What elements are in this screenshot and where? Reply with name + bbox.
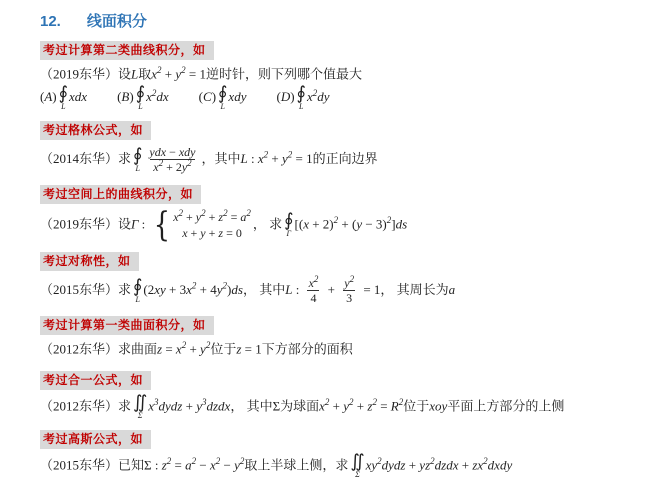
system-rows: x2 + y2 + z2 = a2x + y + z = 0 xyxy=(173,209,251,241)
math-text: + xyxy=(206,210,219,224)
math-text: 位于 xyxy=(210,342,236,357)
section-header: 考过对称性，如 xyxy=(40,252,139,271)
math-text: + xyxy=(354,398,368,413)
superscript: 2 xyxy=(187,158,192,168)
contour-integral-operator: ∮L xyxy=(59,86,68,110)
section-header: 考过空间上的曲线积分，如 xyxy=(40,185,201,204)
math-text: = 0 xyxy=(223,226,242,240)
math-variable: xy xyxy=(366,457,378,472)
integral-glyph: ∮ xyxy=(133,148,142,164)
section: 考过格林公式，如（2014东华）求∮Lydx − xdyx2 + 2y2，其中L… xyxy=(40,121,631,174)
answer-option: (C)∮Lxdy xyxy=(199,86,247,110)
math-text: + xyxy=(182,398,196,413)
fraction-denominator: 3 xyxy=(343,290,355,305)
section: 考过合一公式，如（2012东华）求∬Σx3dydz + y3dzdx， 其中Σ为… xyxy=(40,371,631,419)
math-variable: xdy xyxy=(179,145,196,159)
math-text: ， 求 xyxy=(253,217,282,232)
math-text: = xyxy=(377,398,391,413)
fraction: ydx − xdyx2 + 2y2 xyxy=(146,145,198,174)
math-text: − xyxy=(220,457,234,472)
math-text: （2019东华）设 xyxy=(40,67,131,82)
question-line: （2019东华）设Γ : {x2 + y2 + z2 = a2x + y + z… xyxy=(40,209,631,241)
math-text: 4 xyxy=(310,291,316,305)
math-text: ) xyxy=(52,89,56,104)
integral-subscript: L xyxy=(135,296,139,303)
math-variable: dy xyxy=(317,89,329,104)
question-line: （2015东华）求∮L(2xy + 3x2 + 4y2)ds， 其中L : x2… xyxy=(40,276,631,305)
question-line: （2012东华）求∬Σx3dydz + y3dzdx， 其中Σ为球面x2 + y… xyxy=(40,395,631,419)
surface-integral-operator: ∬Σ xyxy=(350,454,364,478)
integral-glyph: ∮ xyxy=(59,86,68,102)
math-text: + xyxy=(188,226,201,240)
page-title-number: 12. xyxy=(40,13,61,30)
integral-subscript: L xyxy=(61,103,65,110)
section: 考过空间上的曲线积分，如（2019东华）设Γ : {x2 + y2 + z2 =… xyxy=(40,185,631,241)
integral-subscript: Σ xyxy=(355,471,360,478)
integral-subscript: Γ xyxy=(287,230,292,237)
math-text: = xyxy=(228,210,241,224)
math-variable: L xyxy=(241,152,248,167)
math-text: = xyxy=(162,342,176,357)
options-row: (A)∮Lxdx(B)∮Lx2dx(C)∮Lxdy(D)∮Lx2dy xyxy=(40,86,631,110)
integral-glyph: ∮ xyxy=(218,86,227,102)
math-variable: dxdy xyxy=(488,457,513,472)
page-title: 12.线面积分 xyxy=(40,12,631,32)
fraction-numerator: y2 xyxy=(341,276,357,290)
section: 考过计算第二类曲线积分，如（2019东华）设L取x2 + y2 = 1逆时针，则… xyxy=(40,41,631,110)
math-text: ， 其中 xyxy=(243,283,285,298)
integral-glyph: ∮ xyxy=(284,213,293,229)
contour-integral-operator: ∮L xyxy=(136,86,145,110)
integral-glyph: ∮ xyxy=(133,279,142,295)
math-text: 位于 xyxy=(403,398,429,413)
contour-integral-operator: ∮L xyxy=(218,86,227,110)
math-variable: C xyxy=(203,89,212,104)
math-text: (2 xyxy=(143,283,154,298)
contour-integral-operator: ∮Γ xyxy=(284,213,293,237)
math-text: 3 xyxy=(346,291,352,305)
question-line: （2019东华）设L取x2 + y2 = 1逆时针，则下列哪个值最大 xyxy=(40,65,631,84)
question-line: （2014东华）求∮Lydx − xdyx2 + 2y2，其中L : x2 + … xyxy=(40,145,631,174)
math-text: （2012东华）求 xyxy=(40,398,131,413)
math-text: + ( xyxy=(338,217,356,232)
contour-integral-operator: ∮L xyxy=(133,279,142,303)
math-text: ) xyxy=(129,89,133,104)
math-text: ) xyxy=(290,89,294,104)
integral-glyph: ∮ xyxy=(297,86,306,102)
fraction-denominator: 4 xyxy=(307,290,319,305)
math-text: + 4 xyxy=(196,283,216,298)
math-variable: R xyxy=(391,398,399,413)
fraction-numerator: ydx − xdy xyxy=(146,145,198,159)
math-text: ) xyxy=(212,89,216,104)
math-text: − xyxy=(166,145,179,159)
section-header: 考过合一公式，如 xyxy=(40,371,151,390)
math-text: + xyxy=(458,457,472,472)
question-line: （2015东华）已知Σ : z2 = a2 − x2 − y2取上半球上侧，求∬… xyxy=(40,454,631,478)
math-text: + xyxy=(268,152,282,167)
math-text: + xyxy=(183,210,196,224)
math-variable: zx xyxy=(472,457,483,472)
system-row: x2 + y2 + z2 = a2 xyxy=(173,209,251,225)
math-text: （2012东华）求曲面 xyxy=(40,342,157,357)
math-text: : xyxy=(248,152,258,167)
math-text: + xyxy=(324,283,338,298)
math-text: + 3 xyxy=(166,283,186,298)
section-header: 考过计算第二类曲线积分，如 xyxy=(40,41,214,60)
math-variable: ds xyxy=(231,283,243,298)
answer-option: (D)∮Lx2dy xyxy=(276,86,329,110)
fraction: x24 xyxy=(306,276,322,305)
contour-integral-operator: ∮L xyxy=(297,86,306,110)
math-text: = 1， 其周长为 xyxy=(360,283,449,298)
integral-glyph: ∮ xyxy=(136,86,145,102)
section: 考过高斯公式，如（2015东华）已知Σ : z2 = a2 − x2 − y2取… xyxy=(40,430,631,478)
equation-system: {x2 + y2 + z2 = a2x + y + z = 0 xyxy=(151,209,251,241)
math-variable: dzdx xyxy=(435,457,459,472)
superscript: 2 xyxy=(350,274,355,284)
question-line: （2012东华）求曲面z = x2 + y2位于z = 1下方部分的面积 xyxy=(40,340,631,359)
math-text: = xyxy=(171,457,185,472)
page-title-text: 线面积分 xyxy=(87,13,147,30)
math-text: : xyxy=(292,283,302,298)
sections-container: 考过计算第二类曲线积分，如（2019东华）设L取x2 + y2 = 1逆时针，则… xyxy=(40,41,631,478)
math-text: 取上半球上侧，求 xyxy=(244,457,348,472)
math-text: + xyxy=(206,226,219,240)
math-text: ， 其中Σ为球面 xyxy=(230,398,319,413)
math-text: 平面上方部分的上侧 xyxy=(447,398,564,413)
section-header: 考过格林公式，如 xyxy=(40,121,151,140)
math-variable: dx xyxy=(156,89,168,104)
surface-integral-operator: ∬Σ xyxy=(133,395,147,419)
math-variable: xoy xyxy=(429,398,447,413)
math-text: = 1逆时针，则下列哪个值最大 xyxy=(186,67,362,82)
math-text: （2014东华）求 xyxy=(40,152,131,167)
answer-option: (B)∮Lx2dx xyxy=(117,86,169,110)
math-variable: ydx xyxy=(149,145,166,159)
integral-subscript: L xyxy=(221,103,225,110)
math-text: + xyxy=(186,342,200,357)
integral-glyph: ∬ xyxy=(133,395,147,411)
integral-subscript: L xyxy=(138,103,142,110)
math-text: : xyxy=(138,217,148,232)
system-row: x + y + z = 0 xyxy=(182,225,242,241)
math-text: （2015东华）已知Σ : xyxy=(40,457,162,472)
section: 考过计算第一类曲面积分，如（2012东华）求曲面z = x2 + y2位于z =… xyxy=(40,316,631,359)
math-variable: dzdx xyxy=(206,398,230,413)
math-text: − xyxy=(196,457,210,472)
math-text: （2019东华）设 xyxy=(40,217,131,232)
math-text: + 2 xyxy=(163,160,182,174)
math-text: + 2) xyxy=(309,217,334,232)
integral-subscript: L xyxy=(135,165,139,172)
math-variable: xdy xyxy=(228,89,246,104)
math-text: + xyxy=(329,398,343,413)
math-text: = 1下方部分的面积 xyxy=(241,342,352,357)
section: 考过对称性，如（2015东华）求∮L(2xy + 3x2 + 4y2)ds， 其… xyxy=(40,252,631,305)
math-variable: xdx xyxy=(69,89,87,104)
math-variable: dydz xyxy=(159,398,183,413)
answer-option: (A)∮Lxdx xyxy=(40,86,87,110)
math-text: + xyxy=(162,67,176,82)
superscript: 2 xyxy=(246,208,251,218)
fraction-numerator: x2 xyxy=(306,276,322,290)
superscript: 2 xyxy=(314,274,319,284)
math-text: = 1的正向边界 xyxy=(292,152,377,167)
contour-integral-operator: ∮L xyxy=(133,148,142,172)
document-page: 12.线面积分 考过计算第二类曲线积分，如（2019东华）设L取x2 + y2 … xyxy=(0,0,649,478)
math-text: 取 xyxy=(138,67,151,82)
integral-subscript: L xyxy=(299,103,303,110)
math-text: − 3) xyxy=(362,217,387,232)
math-text: ，其中 xyxy=(202,152,241,167)
fraction: y23 xyxy=(341,276,357,305)
system-brace: { xyxy=(153,210,169,240)
math-text: [( xyxy=(295,217,304,232)
integral-subscript: Σ xyxy=(138,412,143,419)
math-variable: a xyxy=(449,283,456,298)
math-variable: xy xyxy=(154,283,166,298)
section-header: 考过高斯公式，如 xyxy=(40,430,151,449)
math-variable: yz xyxy=(419,457,430,472)
fraction-denominator: x2 + 2y2 xyxy=(150,159,194,174)
section-header: 考过计算第一类曲面积分，如 xyxy=(40,316,214,335)
math-variable: D xyxy=(281,89,290,104)
math-text: + xyxy=(405,457,419,472)
math-text: （2015东华）求 xyxy=(40,283,131,298)
integral-glyph: ∬ xyxy=(350,454,364,470)
math-variable: ds xyxy=(396,217,408,232)
math-variable: dydz xyxy=(382,457,406,472)
